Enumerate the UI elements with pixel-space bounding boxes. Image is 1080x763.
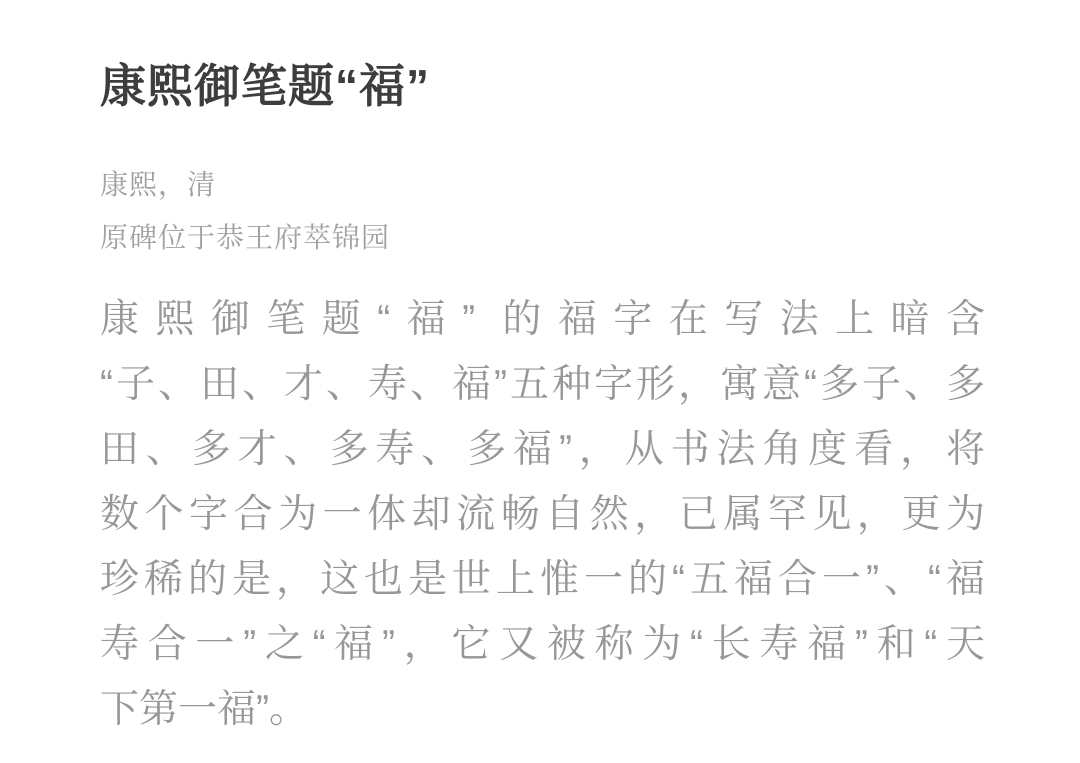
exhibit-detail-page: 康熙御笔题“福” 康熙，清 原碑位于恭王府萃锦园 康熙御笔题“福” 的福字在写法… [0,0,1080,763]
artist-era-line: 康熙，清 [100,158,985,211]
description-paragraph: 康熙御笔题“福” 的福字在写法上暗含 “子、田、才、寿、福”五种字形，寓意“多子… [100,287,985,742]
description-line: “子、田、才、寿、福”五种字形，寓意“多子、多 [100,352,985,417]
description-line: 珍稀的是，这也是世上惟一的“五福合一”、“福 [100,547,985,612]
description-line: 康熙御笔题“福” 的福字在写法上暗含 [100,287,985,352]
description-line: 下第一福”。 [100,677,985,742]
description-line: 寿合一”之“福”，它又被称为“长寿福”和“天 [100,612,985,677]
artwork-meta: 康熙，清 原碑位于恭王府萃锦园 [100,158,985,264]
description-line: 田、多才、多寿、多福”，从书法角度看，将 [100,417,985,482]
description-line: 数个字合为一体却流畅自然，已属罕见，更为 [100,482,985,547]
location-note-line: 原碑位于恭王府萃锦园 [100,211,985,264]
page-title: 康熙御笔题“福” [100,56,985,116]
